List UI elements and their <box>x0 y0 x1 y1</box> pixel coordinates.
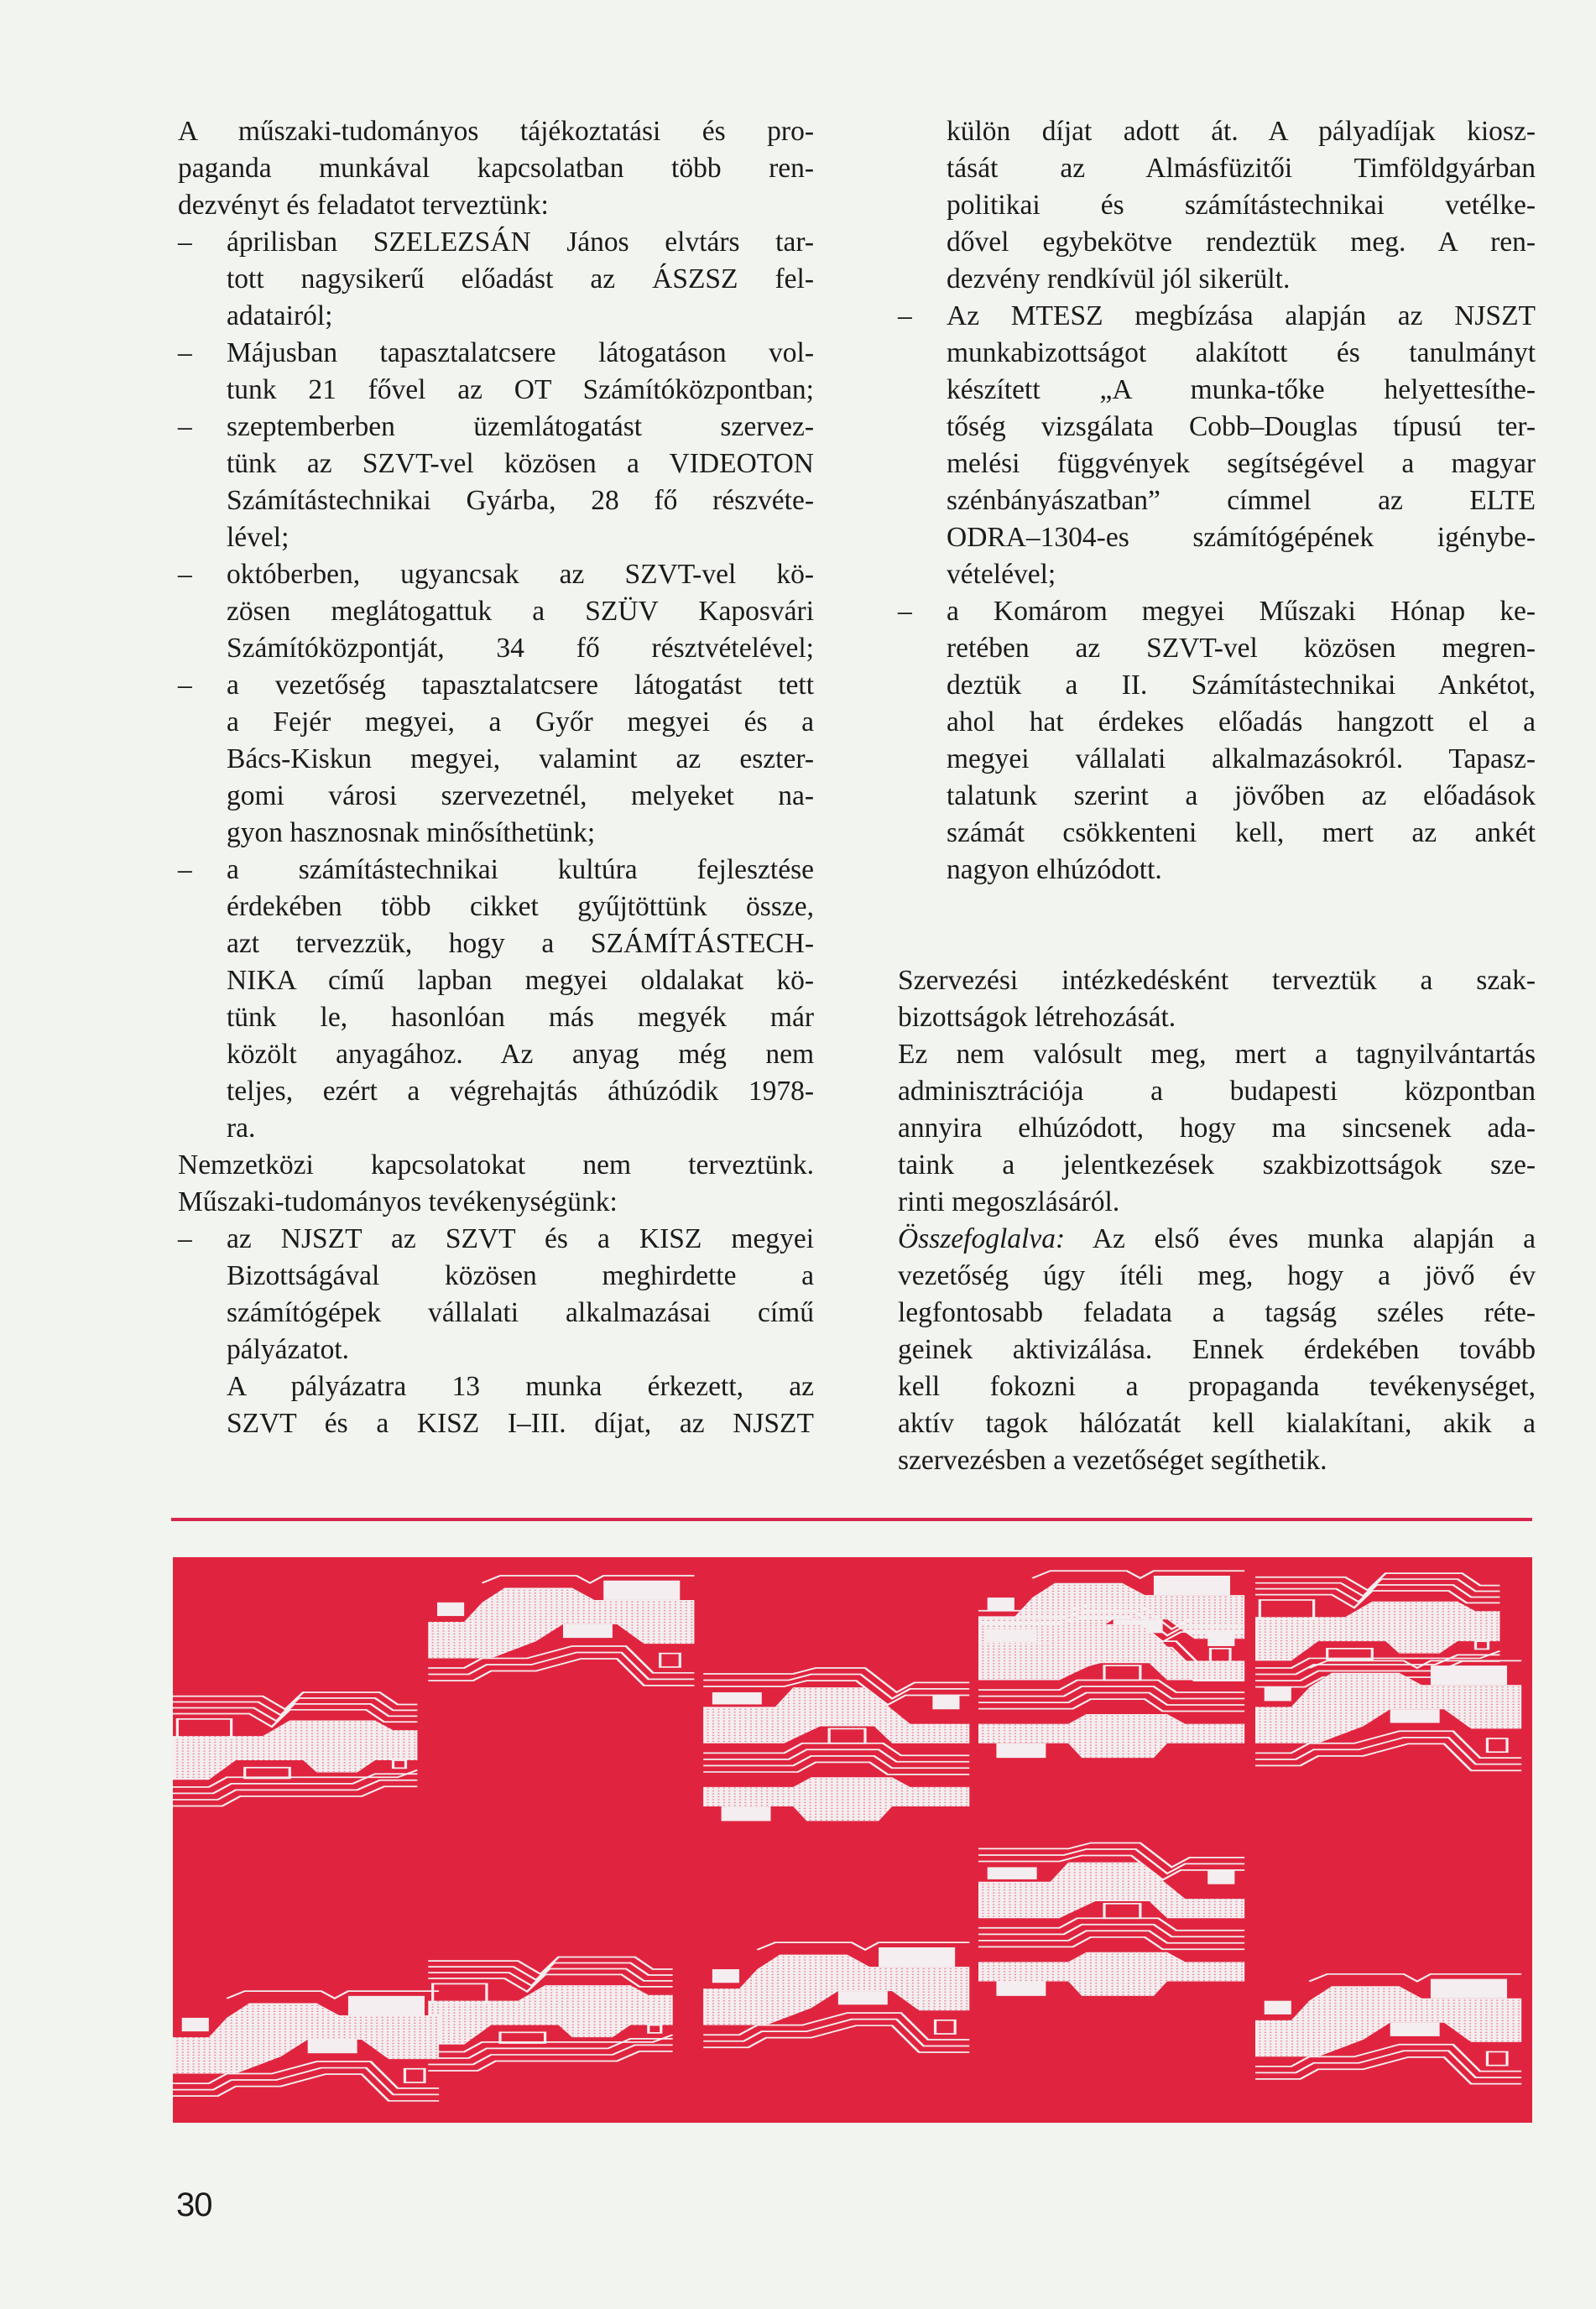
line-text: közölt anyagához. Az anyag még nem <box>227 1036 814 1073</box>
text-line: adminisztrációja a budapesti központban <box>898 1073 1536 1110</box>
text-line: azt tervezzük, hogy a SZÁMÍTÁSTECH- <box>178 925 814 962</box>
line-text: szeptemberben üzemlátogatást szervez- <box>227 409 814 446</box>
text-line: szénbányászatban” címmel az ELTE <box>898 482 1536 519</box>
line-text: Az MTESZ megbízása alapján az NJSZT <box>947 298 1536 335</box>
text-line: retében az SZVT-vel közösen megren- <box>898 630 1536 667</box>
line-text: a Komárom megyei Műszaki Hónap ke- <box>947 593 1536 630</box>
line-text: adatairól; <box>227 298 814 335</box>
line-text: tunk 21 fővel az OT Számítóközpontban; <box>227 372 814 409</box>
text-line: a Fejér megyei, a Győr megyei és a <box>178 704 814 741</box>
line-text: szénbányászatban” címmel az ELTE <box>947 482 1536 519</box>
text-line: paganda munkával kapcsolatban több ren- <box>178 150 814 187</box>
line-text: Számítóközpontját, 34 fő résztvételével; <box>227 630 814 667</box>
line-text: munkabizottságot alakított és tanulmányt <box>947 335 1536 372</box>
line-text: Bács-Kiskun megyei, valamint az eszter- <box>227 741 814 778</box>
text-line: dezvény rendkívül jól sikerült. <box>898 261 1536 298</box>
line-text: Műszaki-tudományos tevékenységünk: <box>178 1184 814 1221</box>
text-line: készített „A munka-tőke helyettesíthe- <box>898 372 1536 409</box>
text-line: dezvényt és feladatot terveztünk: <box>178 187 814 224</box>
summary-line: Összefoglalva: Az első éves munka alapjá… <box>898 1221 1536 1258</box>
line-text: azt tervezzük, hogy a SZÁMÍTÁSTECH- <box>227 925 814 962</box>
text-line: geinek aktivizálása. Ennek érdekében tov… <box>898 1332 1536 1368</box>
text-line: A műszaki-tudományos tájékoztatási és pr… <box>178 113 814 150</box>
text-line: megyei vállalati alkalmazásokról. Tapasz… <box>898 741 1536 778</box>
text-line: Bács-Kiskun megyei, valamint az eszter- <box>178 741 814 778</box>
text-line: vételével; <box>898 556 1536 593</box>
line-text: Az első éves munka alapján a <box>1065 1223 1536 1254</box>
text-line: tunk 21 fővel az OT Számítóközpontban; <box>178 372 814 409</box>
line-text: gyon hasznosnak minősíthetünk; <box>227 815 814 852</box>
line-text: Szervezési intézkedésként terveztük a sz… <box>898 962 1536 999</box>
line-text: ra. <box>227 1110 814 1147</box>
line-text: dezvény rendkívül jól sikerült. <box>947 261 1536 298</box>
line-text: a számítástechnikai kultúra fejlesztése <box>227 852 814 889</box>
line-text: A műszaki-tudományos tájékoztatási és pr… <box>178 113 814 150</box>
left-text-column: A műszaki-tudományos tájékoztatási és pr… <box>178 113 814 1442</box>
line-text: legfontosabb feladata a tagság széles ré… <box>898 1295 1536 1332</box>
line-text: aktív tagok hálózatát kell kialakítani, … <box>898 1405 1536 1442</box>
line-text: dővel egybekötve rendeztük meg. A ren- <box>947 224 1536 261</box>
bullet-dash: – <box>898 298 912 335</box>
text-line: –a számítástechnikai kultúra fejlesztése <box>178 852 814 889</box>
line-text: Ez nem valósult meg, mert a tagnyilvánta… <box>898 1036 1536 1073</box>
text-line: tünk le, hasonlóan más megyék már <box>178 999 814 1036</box>
line-text: dezvényt és feladatot terveztünk: <box>178 187 814 224</box>
blank-line <box>898 889 1536 925</box>
text-line: politikai és számítástechnikai vetélke- <box>898 187 1536 224</box>
text-line: Számítóközpontját, 34 fő résztvételével; <box>178 630 814 667</box>
text-line: NIKA című lapban megyei oldalakat kö- <box>178 962 814 999</box>
page-number: 30 <box>176 2187 212 2224</box>
line-text: adminisztrációja a budapesti központban <box>898 1073 1536 1110</box>
text-line: zösen meglátogattuk a SZÜV Kaposvári <box>178 593 814 630</box>
text-line: vezetőség úgy ítéli meg, hogy a jövő év <box>898 1258 1536 1295</box>
line-text: kell fokozni a propaganda tevékenységet, <box>898 1368 1536 1405</box>
line-text: tőség vizsgálata Cobb–Douglas típusú ter… <box>947 409 1536 446</box>
line-text: teljes, ezért a végrehajtás áthúzódik 19… <box>227 1073 814 1110</box>
text-line: rinti megoszlásáról. <box>898 1184 1536 1221</box>
text-line: aktív tagok hálózatát kell kialakítani, … <box>898 1405 1536 1442</box>
line-text: annyira elhúzódott, hogy ma sincsenek ad… <box>898 1110 1536 1147</box>
line-text: szervezésben a vezetőséget segíthetik. <box>898 1442 1536 1479</box>
text-line: gomi városi szervezetnél, melyeket na- <box>178 778 814 815</box>
text-line: SZVT és a KISZ I–III. díjat, az NJSZT <box>178 1405 814 1442</box>
text-line: adatairól; <box>178 298 814 335</box>
text-line: –az NJSZT az SZVT és a KISZ megyei <box>178 1221 814 1258</box>
text-line: munkabizottságot alakított és tanulmányt <box>898 335 1536 372</box>
text-line: Számítástechnikai Gyárba, 28 fő részvéte… <box>178 482 814 519</box>
line-text: a Fejér megyei, a Győr megyei és a <box>227 704 814 741</box>
text-line: külön díjat adott át. A pályadíjak kiosz… <box>898 113 1536 150</box>
text-line: taink a jelentkezések szakbizottságok sz… <box>898 1147 1536 1184</box>
line-text: talatunk szerint a jövőben az előadások <box>947 778 1536 815</box>
line-text: tott nagysikerű előadást az ÁSZSZ fel- <box>227 261 814 298</box>
line-text: lével; <box>227 519 814 556</box>
text-line: pályázatot. <box>178 1332 814 1368</box>
text-line: Műszaki-tudományos tevékenységünk: <box>178 1184 814 1221</box>
line-text: tünk az SZVT-vel közösen a VIDEOTON <box>227 446 814 482</box>
line-text: bizottságok létrehozását. <box>898 999 1536 1036</box>
line-text: politikai és számítástechnikai vetélke- <box>947 187 1536 224</box>
text-line: tőség vizsgálata Cobb–Douglas típusú ter… <box>898 409 1536 446</box>
text-line: melési függvények segítségével a magyar <box>898 446 1536 482</box>
text-line: tünk az SZVT-vel közösen a VIDEOTON <box>178 446 814 482</box>
line-text: rinti megoszlásáról. <box>898 1184 1536 1221</box>
blank-line <box>898 925 1536 962</box>
line-text: nagyon elhúzódott. <box>947 852 1536 889</box>
line-text: vezetőség úgy ítéli meg, hogy a jövő év <box>898 1258 1536 1295</box>
line-text: A pályázatra 13 munka érkezett, az <box>227 1368 814 1405</box>
line-text: pályázatot. <box>227 1332 814 1368</box>
text-line: Ez nem valósult meg, mert a tagnyilvánta… <box>898 1036 1536 1073</box>
line-text: Számítástechnikai Gyárba, 28 fő részvéte… <box>227 482 814 519</box>
line-text: számítógépek vállalati alkalmazásai című <box>227 1295 814 1332</box>
line-text: SZVT és a KISZ I–III. díjat, az NJSZT <box>227 1405 814 1442</box>
bullet-dash: – <box>178 335 192 372</box>
line-text: készített „A munka-tőke helyettesíthe- <box>947 372 1536 409</box>
bullet-dash: – <box>178 224 192 261</box>
text-line: szervezésben a vezetőséget segíthetik. <box>898 1442 1536 1479</box>
bullet-dash: – <box>178 852 192 889</box>
line-text: az NJSZT az SZVT és a KISZ megyei <box>227 1221 814 1258</box>
text-line: talatunk szerint a jövőben az előadások <box>898 778 1536 815</box>
italic-lead: Összefoglalva: <box>898 1223 1065 1254</box>
text-line: –Az MTESZ megbízása alapján az NJSZT <box>898 298 1536 335</box>
bullet-dash: – <box>178 1221 192 1258</box>
text-line: bizottságok létrehozását. <box>898 999 1536 1036</box>
line-text: geinek aktivizálása. Ennek érdekében tov… <box>898 1332 1536 1368</box>
text-line: Szervezési intézkedésként terveztük a sz… <box>898 962 1536 999</box>
line-text: taink a jelentkezések szakbizottságok sz… <box>898 1147 1536 1184</box>
text-line: –a vezetőség tapasztalatcsere látogatást… <box>178 667 814 704</box>
text-line: ODRA–1304-es számítógépének igénybe- <box>898 519 1536 556</box>
text-line: teljes, ezért a végrehajtás áthúzódik 19… <box>178 1073 814 1110</box>
line-text: Májusban tapasztalatcsere látogatáson vo… <box>227 335 814 372</box>
line-text: zösen meglátogattuk a SZÜV Kaposvári <box>227 593 814 630</box>
line-text: melési függvények segítségével a magyar <box>947 446 1536 482</box>
line-text: számát csökkenteni kell, mert az ankét <box>947 815 1536 852</box>
bullet-dash: – <box>178 556 192 593</box>
text-line: nagyon elhúzódott. <box>898 852 1536 889</box>
line-text: külön díjat adott át. A pályadíjak kiosz… <box>947 113 1536 150</box>
text-line: –a Komárom megyei Műszaki Hónap ke- <box>898 593 1536 630</box>
bullet-dash: – <box>178 667 192 704</box>
line-text: NIKA című lapban megyei oldalakat kö- <box>227 962 814 999</box>
line-text: deztük a II. Számítástechnikai Ankétot, <box>947 667 1536 704</box>
line-text: retében az SZVT-vel közösen megren- <box>947 630 1536 667</box>
text-line: dővel egybekötve rendeztük meg. A ren- <box>898 224 1536 261</box>
line-text: áprilisban SZELEZSÁN János elvtárs tar- <box>227 224 814 261</box>
line-text: érdekében több cikket gyűjtöttünk össze, <box>227 889 814 925</box>
text-line: érdekében több cikket gyűjtöttünk össze, <box>178 889 814 925</box>
text-line: –szeptemberben üzemlátogatást szervez- <box>178 409 814 446</box>
text-line: A pályázatra 13 munka érkezett, az <box>178 1368 814 1405</box>
text-line: Összefoglalva: Az első éves munka alapjá… <box>898 1221 1536 1258</box>
line-text: megyei vállalati alkalmazásokról. Tapasz… <box>947 741 1536 778</box>
text-line: Nemzetközi kapcsolatokat nem terveztünk. <box>178 1147 814 1184</box>
text-line: Bizottságával közösen meghirdette a <box>178 1258 814 1295</box>
text-line: –októberben, ugyancsak az SZVT-vel kö- <box>178 556 814 593</box>
text-line: –Májusban tapasztalatcsere látogatáson v… <box>178 335 814 372</box>
line-text: paganda munkával kapcsolatban több ren- <box>178 150 814 187</box>
text-line: legfontosabb feladata a tagság széles ré… <box>898 1295 1536 1332</box>
line-text: ODRA–1304-es számítógépének igénybe- <box>947 519 1536 556</box>
divider-rule <box>171 1518 1532 1521</box>
circuit-illustration <box>173 1557 1532 2123</box>
text-line: –áprilisban SZELEZSÁN János elvtárs tar- <box>178 224 814 261</box>
line-text: a vezetőség tapasztalatcsere látogatást … <box>227 667 814 704</box>
text-line: számítógépek vállalati alkalmazásai című <box>178 1295 814 1332</box>
bullet-dash: – <box>898 593 912 630</box>
text-line: tott nagysikerű előadást az ÁSZSZ fel- <box>178 261 814 298</box>
text-line: annyira elhúzódott, hogy ma sincsenek ad… <box>898 1110 1536 1147</box>
line-text: vételével; <box>947 556 1536 593</box>
line-text: gomi városi szervezetnél, melyeket na- <box>227 778 814 815</box>
line-text: októberben, ugyancsak az SZVT-vel kö- <box>227 556 814 593</box>
text-line: számát csökkenteni kell, mert az ankét <box>898 815 1536 852</box>
text-line: deztük a II. Számítástechnikai Ankétot, <box>898 667 1536 704</box>
line-text: Nemzetközi kapcsolatokat nem terveztünk. <box>178 1147 814 1184</box>
line-text: tünk le, hasonlóan más megyék már <box>227 999 814 1036</box>
text-line: ahol hat érdekes előadás hangzott el a <box>898 704 1536 741</box>
right-text-column: külön díjat adott át. A pályadíjak kiosz… <box>898 113 1536 1479</box>
line-text: ahol hat érdekes előadás hangzott el a <box>947 704 1536 741</box>
line-text: Bizottságával közösen meghirdette a <box>227 1258 814 1295</box>
text-line: tását az Almásfüzitői Timföldgyárban <box>898 150 1536 187</box>
text-line: gyon hasznosnak minősíthetünk; <box>178 815 814 852</box>
line-text: tását az Almásfüzitői Timföldgyárban <box>947 150 1536 187</box>
bullet-dash: – <box>178 409 192 446</box>
text-line: közölt anyagához. Az anyag még nem <box>178 1036 814 1073</box>
text-line: ra. <box>178 1110 814 1147</box>
text-line: lével; <box>178 519 814 556</box>
text-line: kell fokozni a propaganda tevékenységet, <box>898 1368 1536 1405</box>
